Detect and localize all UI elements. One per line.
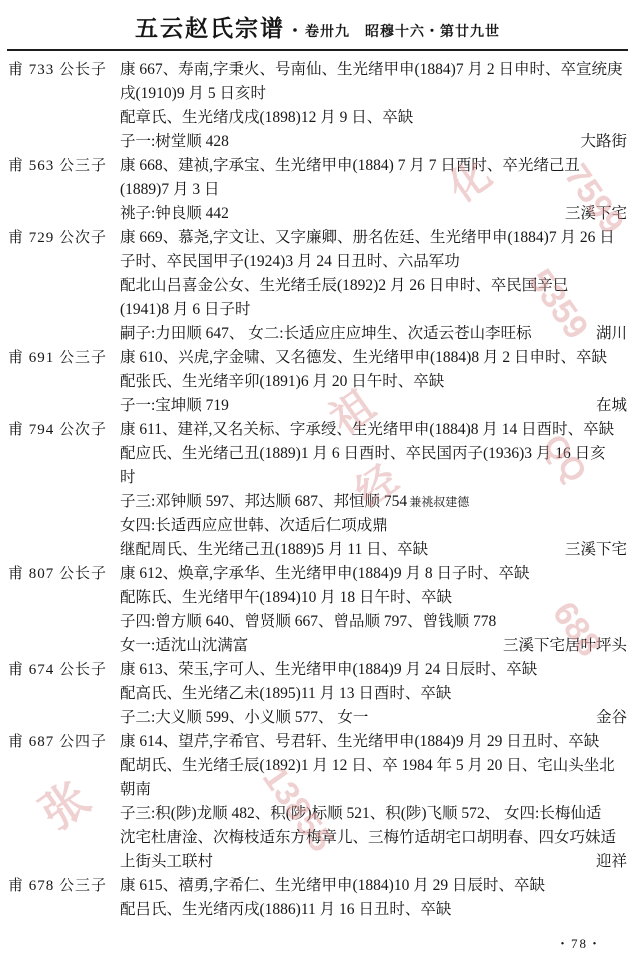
entry-line-text: 子二:大义顺 599、小义顺 577、 女一 xyxy=(120,706,368,730)
entry-line: 继配周氏、生光绪己丑(1889)5 月 11 日、卒缺 三溪下宅 xyxy=(120,538,627,562)
title-separator: ・ xyxy=(285,23,305,40)
entry-line-text: 祧子:钟良顺 442 xyxy=(120,202,229,226)
genealogy-entry: 甫 687 公四子 康 614、望芹,字希官、号君轩、生光绪甲申(1884)9 … xyxy=(8,730,627,874)
entry-line-text: 配陈氏、生光绪甲午(1894)10 月 18 日午时、卒缺 xyxy=(120,586,452,610)
entry-line-note: 兼祧叔建德 xyxy=(407,490,469,514)
entry-line-place: 三溪下宅居叶坪头 xyxy=(495,634,627,658)
entry-line: (1889)7 月 3 日 xyxy=(120,178,627,202)
entry-line-text: 配胡氏、生光绪壬辰(1892)1 月 12 日、卒 1984 年 5 月 20 … xyxy=(120,754,615,778)
entry-line-text: 配高氏、生光绪乙未(1895)11 月 13 日酉时、卒缺 xyxy=(120,682,451,706)
entry-content: 康 613、荣玉,字可人、生光绪甲申(1884)9 月 24 日辰时、卒缺 配高… xyxy=(120,658,627,730)
entry-line-text: 子一:宝坤顺 719 xyxy=(120,394,229,418)
entry-father-label: 甫 691 公三子 xyxy=(8,346,120,418)
entry-content: 康 612、焕章,字承华、生光绪甲申(1884)9 月 8 日子时、卒缺 配陈氏… xyxy=(120,562,627,658)
entry-line-text: 康 669、慕尧,字文让、又字廉卿、册名佐廷、生光绪甲申(1884)7 月 26… xyxy=(120,226,615,250)
entry-line: 嗣子:力田顺 647、 女二:长适应庄应坤生、次适云苍山李旺标 湖川 xyxy=(120,322,627,346)
entry-line: 配北山吕喜金公女、生光绪壬辰(1892)2 月 26 日申时、卒民国辛巳 xyxy=(120,274,627,298)
genealogy-entry: 甫 794 公次子 康 611、建祥,又名关标、字承绶、生光绪甲申(1884)8… xyxy=(8,418,627,562)
entry-father-label: 甫 678 公三子 xyxy=(8,874,120,922)
entry-line: 配应氏、生光绪己丑(1889)1 月 6 日酉时、卒民国丙子(1936)3 月 … xyxy=(120,442,627,466)
entry-line: 子三:积(陟)龙顺 482、积(陟)标顺 521、积(陟)飞顺 572、 女四:… xyxy=(120,802,627,826)
entry-line-place: 在城 xyxy=(588,394,627,418)
entry-line-text: 康 668、建祯,字承宝、生光绪甲申(1884) 7 月 7 日酉时、卒光绪己丑 xyxy=(120,154,580,178)
entry-father-label: 甫 674 公长子 xyxy=(8,658,120,730)
entry-line: 子时、卒民国甲子(1924)3 月 24 日丑时、六品军功 xyxy=(120,250,627,274)
entry-line: 康 611、建祥,又名关标、字承绶、生光绪甲申(1884)8 月 14 日酉时、… xyxy=(120,418,627,442)
entry-line-text: 康 667、寿南,字秉火、号南仙、生光绪甲申(1884)7 月 2 日申时、卒宣… xyxy=(120,58,622,82)
entry-line-text: (1889)7 月 3 日 xyxy=(120,178,219,202)
entry-father-label: 甫 729 公次子 xyxy=(8,226,120,346)
entry-line: 子三:邓钟顺 597、邦达顺 687、邦恒顺 754 兼祧叔建德 xyxy=(120,490,627,514)
entry-line: 子一:宝坤顺 719 在城 xyxy=(120,394,627,418)
entry-line: 沈宅杜唐淦、次梅枝适东方梅章儿、三梅竹适胡宅口胡明春、四女巧妹适 xyxy=(120,826,627,850)
entry-line: 康 669、慕尧,字文让、又字廉卿、册名佐廷、生光绪甲申(1884)7 月 26… xyxy=(120,226,627,250)
genealogy-page: 五云赵氏宗谱・卷卅九 昭穆十六・第廿九世 甫 733 公长子 康 667、寿南,… xyxy=(0,0,635,968)
entry-line-text: 子四:曾方顺 640、曾贤顺 667、曾品顺 797、曾钱顺 778 xyxy=(120,610,496,634)
entry-line-text: 子一:树堂顺 428 xyxy=(120,130,229,154)
entry-line-text: 康 612、焕章,字承华、生光绪甲申(1884)9 月 8 日子时、卒缺 xyxy=(120,562,529,586)
entry-content: 康 611、建祥,又名关标、字承绶、生光绪甲申(1884)8 月 14 日酉时、… xyxy=(120,418,627,562)
entry-line: 女四:长适西应应世韩、次适后仁项成鼎 xyxy=(120,514,627,538)
entry-line: 配张氏、生光绪辛卯(1891)6 月 20 日午时、卒缺 xyxy=(120,370,627,394)
entry-line-place: 迎祥 xyxy=(588,850,627,874)
entry-line: 康 667、寿南,字秉火、号南仙、生光绪甲申(1884)7 月 2 日申时、卒宣… xyxy=(120,58,627,82)
entry-line-text: 子三:邓钟顺 597、邦达顺 687、邦恒顺 754 xyxy=(120,490,407,514)
entry-line: 康 614、望芹,字希官、号君轩、生光绪甲申(1884)9 月 29 日丑时、卒… xyxy=(120,730,627,754)
entry-content: 康 610、兴虎,字金啸、又名德发、生光绪甲申(1884)8 月 2 日申时、卒… xyxy=(120,346,627,418)
entry-line-place: 金谷 xyxy=(588,706,627,730)
entry-line-text: 配应氏、生光绪己丑(1889)1 月 6 日酉时、卒民国丙子(1936)3 月 … xyxy=(120,442,606,466)
entry-line: 配章氏、生光绪戊戌(1898)12 月 9 日、卒缺 xyxy=(120,106,627,130)
entry-line: (1941)8 月 6 日子时 xyxy=(120,298,627,322)
page-header: 五云赵氏宗谱・卷卅九 昭穆十六・第廿九世 xyxy=(0,0,635,43)
entry-content: 康 669、慕尧,字文让、又字廉卿、册名佐廷、生光绪甲申(1884)7 月 26… xyxy=(120,226,627,346)
entry-line: 配高氏、生光绪乙未(1895)11 月 13 日酉时、卒缺 xyxy=(120,682,627,706)
entry-line: 子二:大义顺 599、小义顺 577、 女一 金谷 xyxy=(120,706,627,730)
entry-father-label: 甫 733 公长子 xyxy=(8,58,120,154)
entry-content: 康 615、禧勇,字希仁、生光绪甲申(1884)10 月 29 日辰时、卒缺 配… xyxy=(120,874,627,922)
entry-line-text: 康 613、荣玉,字可人、生光绪甲申(1884)9 月 24 日辰时、卒缺 xyxy=(120,658,537,682)
entry-line: 时 xyxy=(120,466,627,490)
genealogy-entry: 甫 563 公三子 康 668、建祯,字承宝、生光绪甲申(1884) 7 月 7… xyxy=(8,154,627,226)
entry-line-text: 女四:长适西应应世韩、次适后仁项成鼎 xyxy=(120,514,388,538)
genealogy-entry: 甫 691 公三子 康 610、兴虎,字金啸、又名德发、生光绪甲申(1884)8… xyxy=(8,346,627,418)
entry-line-text: 康 611、建祥,又名关标、字承绶、生光绪甲申(1884)8 月 14 日酉时、… xyxy=(120,418,614,442)
entry-line-place: 三溪下宅 xyxy=(557,538,627,562)
entry-line-place: 湖川 xyxy=(588,322,627,346)
entry-father-label: 甫 687 公四子 xyxy=(8,730,120,874)
entry-line-place: 三溪下宅 xyxy=(557,202,627,226)
entry-content: 康 614、望芹,字希官、号君轩、生光绪甲申(1884)9 月 29 日丑时、卒… xyxy=(120,730,627,874)
entry-line-text: 上街头工联村 xyxy=(120,850,213,874)
entry-line: 祧子:钟良顺 442 三溪下宅 xyxy=(120,202,627,226)
entry-line-text: 康 610、兴虎,字金啸、又名德发、生光绪甲申(1884)8 月 2 日申时、卒… xyxy=(120,346,607,370)
entry-line: 康 610、兴虎,字金啸、又名德发、生光绪甲申(1884)8 月 2 日申时、卒… xyxy=(120,346,627,370)
entry-line-text: 配张氏、生光绪辛卯(1891)6 月 20 日午时、卒缺 xyxy=(120,370,444,394)
book-title: 五云赵氏宗谱 xyxy=(135,16,285,41)
entry-line-text: 朝南 xyxy=(120,778,151,802)
page-number: ・78・ xyxy=(556,933,603,952)
genealogy-entry: 甫 729 公次子 康 669、慕尧,字文让、又字廉卿、册名佐廷、生光绪甲申(1… xyxy=(8,226,627,346)
volume-subtitle: 卷卅九 昭穆十六・第廿九世 xyxy=(305,25,500,40)
entry-line-text: 女一:适沈山沈满富 xyxy=(120,634,248,658)
entry-line-text: 配章氏、生光绪戊戌(1898)12 月 9 日、卒缺 xyxy=(120,106,413,130)
entry-line-text: 康 614、望芹,字希官、号君轩、生光绪甲申(1884)9 月 29 日丑时、卒… xyxy=(120,730,599,754)
entry-father-label: 甫 563 公三子 xyxy=(8,154,120,226)
entry-line-text: 配北山吕喜金公女、生光绪壬辰(1892)2 月 26 日申时、卒民国辛巳 xyxy=(120,274,568,298)
entry-line: 戌(1910)9 月 5 日亥时 xyxy=(120,82,627,106)
entry-line: 子一:树堂顺 428 大路街 xyxy=(120,130,627,154)
entry-line: 配胡氏、生光绪壬辰(1892)1 月 12 日、卒 1984 年 5 月 20 … xyxy=(120,754,627,778)
entries-list: 甫 733 公长子 康 667、寿南,字秉火、号南仙、生光绪甲申(1884)7 … xyxy=(0,51,635,922)
entry-line-text: 子时、卒民国甲子(1924)3 月 24 日丑时、六品军功 xyxy=(120,250,460,274)
entry-line-text: 嗣子:力田顺 647、 女二:长适应庄应坤生、次适云苍山李旺标 xyxy=(120,322,532,346)
entry-line: 康 612、焕章,字承华、生光绪甲申(1884)9 月 8 日子时、卒缺 xyxy=(120,562,627,586)
entry-line-text: 沈宅杜唐淦、次梅枝适东方梅章儿、三梅竹适胡宅口胡明春、四女巧妹适 xyxy=(120,826,616,850)
entry-line: 康 615、禧勇,字希仁、生光绪甲申(1884)10 月 29 日辰时、卒缺 xyxy=(120,874,627,898)
genealogy-entry: 甫 678 公三子 康 615、禧勇,字希仁、生光绪甲申(1884)10 月 2… xyxy=(8,874,627,922)
entry-line: 康 668、建祯,字承宝、生光绪甲申(1884) 7 月 7 日酉时、卒光绪己丑 xyxy=(120,154,627,178)
entry-content: 康 667、寿南,字秉火、号南仙、生光绪甲申(1884)7 月 2 日申时、卒宣… xyxy=(120,58,627,154)
entry-line-text: 康 615、禧勇,字希仁、生光绪甲申(1884)10 月 29 日辰时、卒缺 xyxy=(120,874,545,898)
entry-father-label: 甫 794 公次子 xyxy=(8,418,120,562)
entry-line: 康 613、荣玉,字可人、生光绪甲申(1884)9 月 24 日辰时、卒缺 xyxy=(120,658,627,682)
entry-line-text: 戌(1910)9 月 5 日亥时 xyxy=(120,82,266,106)
entry-line: 朝南 xyxy=(120,778,627,802)
entry-father-label: 甫 807 公长子 xyxy=(8,562,120,658)
entry-line-text: (1941)8 月 6 日子时 xyxy=(120,298,250,322)
entry-line-text: 配吕氏、生光绪丙戌(1886)11 月 16 日丑时、卒缺 xyxy=(120,898,451,922)
entry-line-place: 大路街 xyxy=(572,130,627,154)
entry-line: 女一:适沈山沈满富 三溪下宅居叶坪头 xyxy=(120,634,627,658)
genealogy-entry: 甫 807 公长子 康 612、焕章,字承华、生光绪甲申(1884)9 月 8 … xyxy=(8,562,627,658)
entry-line-text: 子三:积(陟)龙顺 482、积(陟)标顺 521、积(陟)飞顺 572、 女四:… xyxy=(120,802,601,826)
genealogy-entry: 甫 733 公长子 康 667、寿南,字秉火、号南仙、生光绪甲申(1884)7 … xyxy=(8,58,627,154)
entry-line: 配吕氏、生光绪丙戌(1886)11 月 16 日丑时、卒缺 xyxy=(120,898,627,922)
entry-line: 子四:曾方顺 640、曾贤顺 667、曾品顺 797、曾钱顺 778 xyxy=(120,610,627,634)
entry-line: 上街头工联村 迎祥 xyxy=(120,850,627,874)
entry-line: 配陈氏、生光绪甲午(1894)10 月 18 日午时、卒缺 xyxy=(120,586,627,610)
entry-content: 康 668、建祯,字承宝、生光绪甲申(1884) 7 月 7 日酉时、卒光绪己丑… xyxy=(120,154,627,226)
entry-line-text: 时 xyxy=(120,466,136,490)
entry-line-text: 继配周氏、生光绪己丑(1889)5 月 11 日、卒缺 xyxy=(120,538,428,562)
genealogy-entry: 甫 674 公长子 康 613、荣玉,字可人、生光绪甲申(1884)9 月 24… xyxy=(8,658,627,730)
